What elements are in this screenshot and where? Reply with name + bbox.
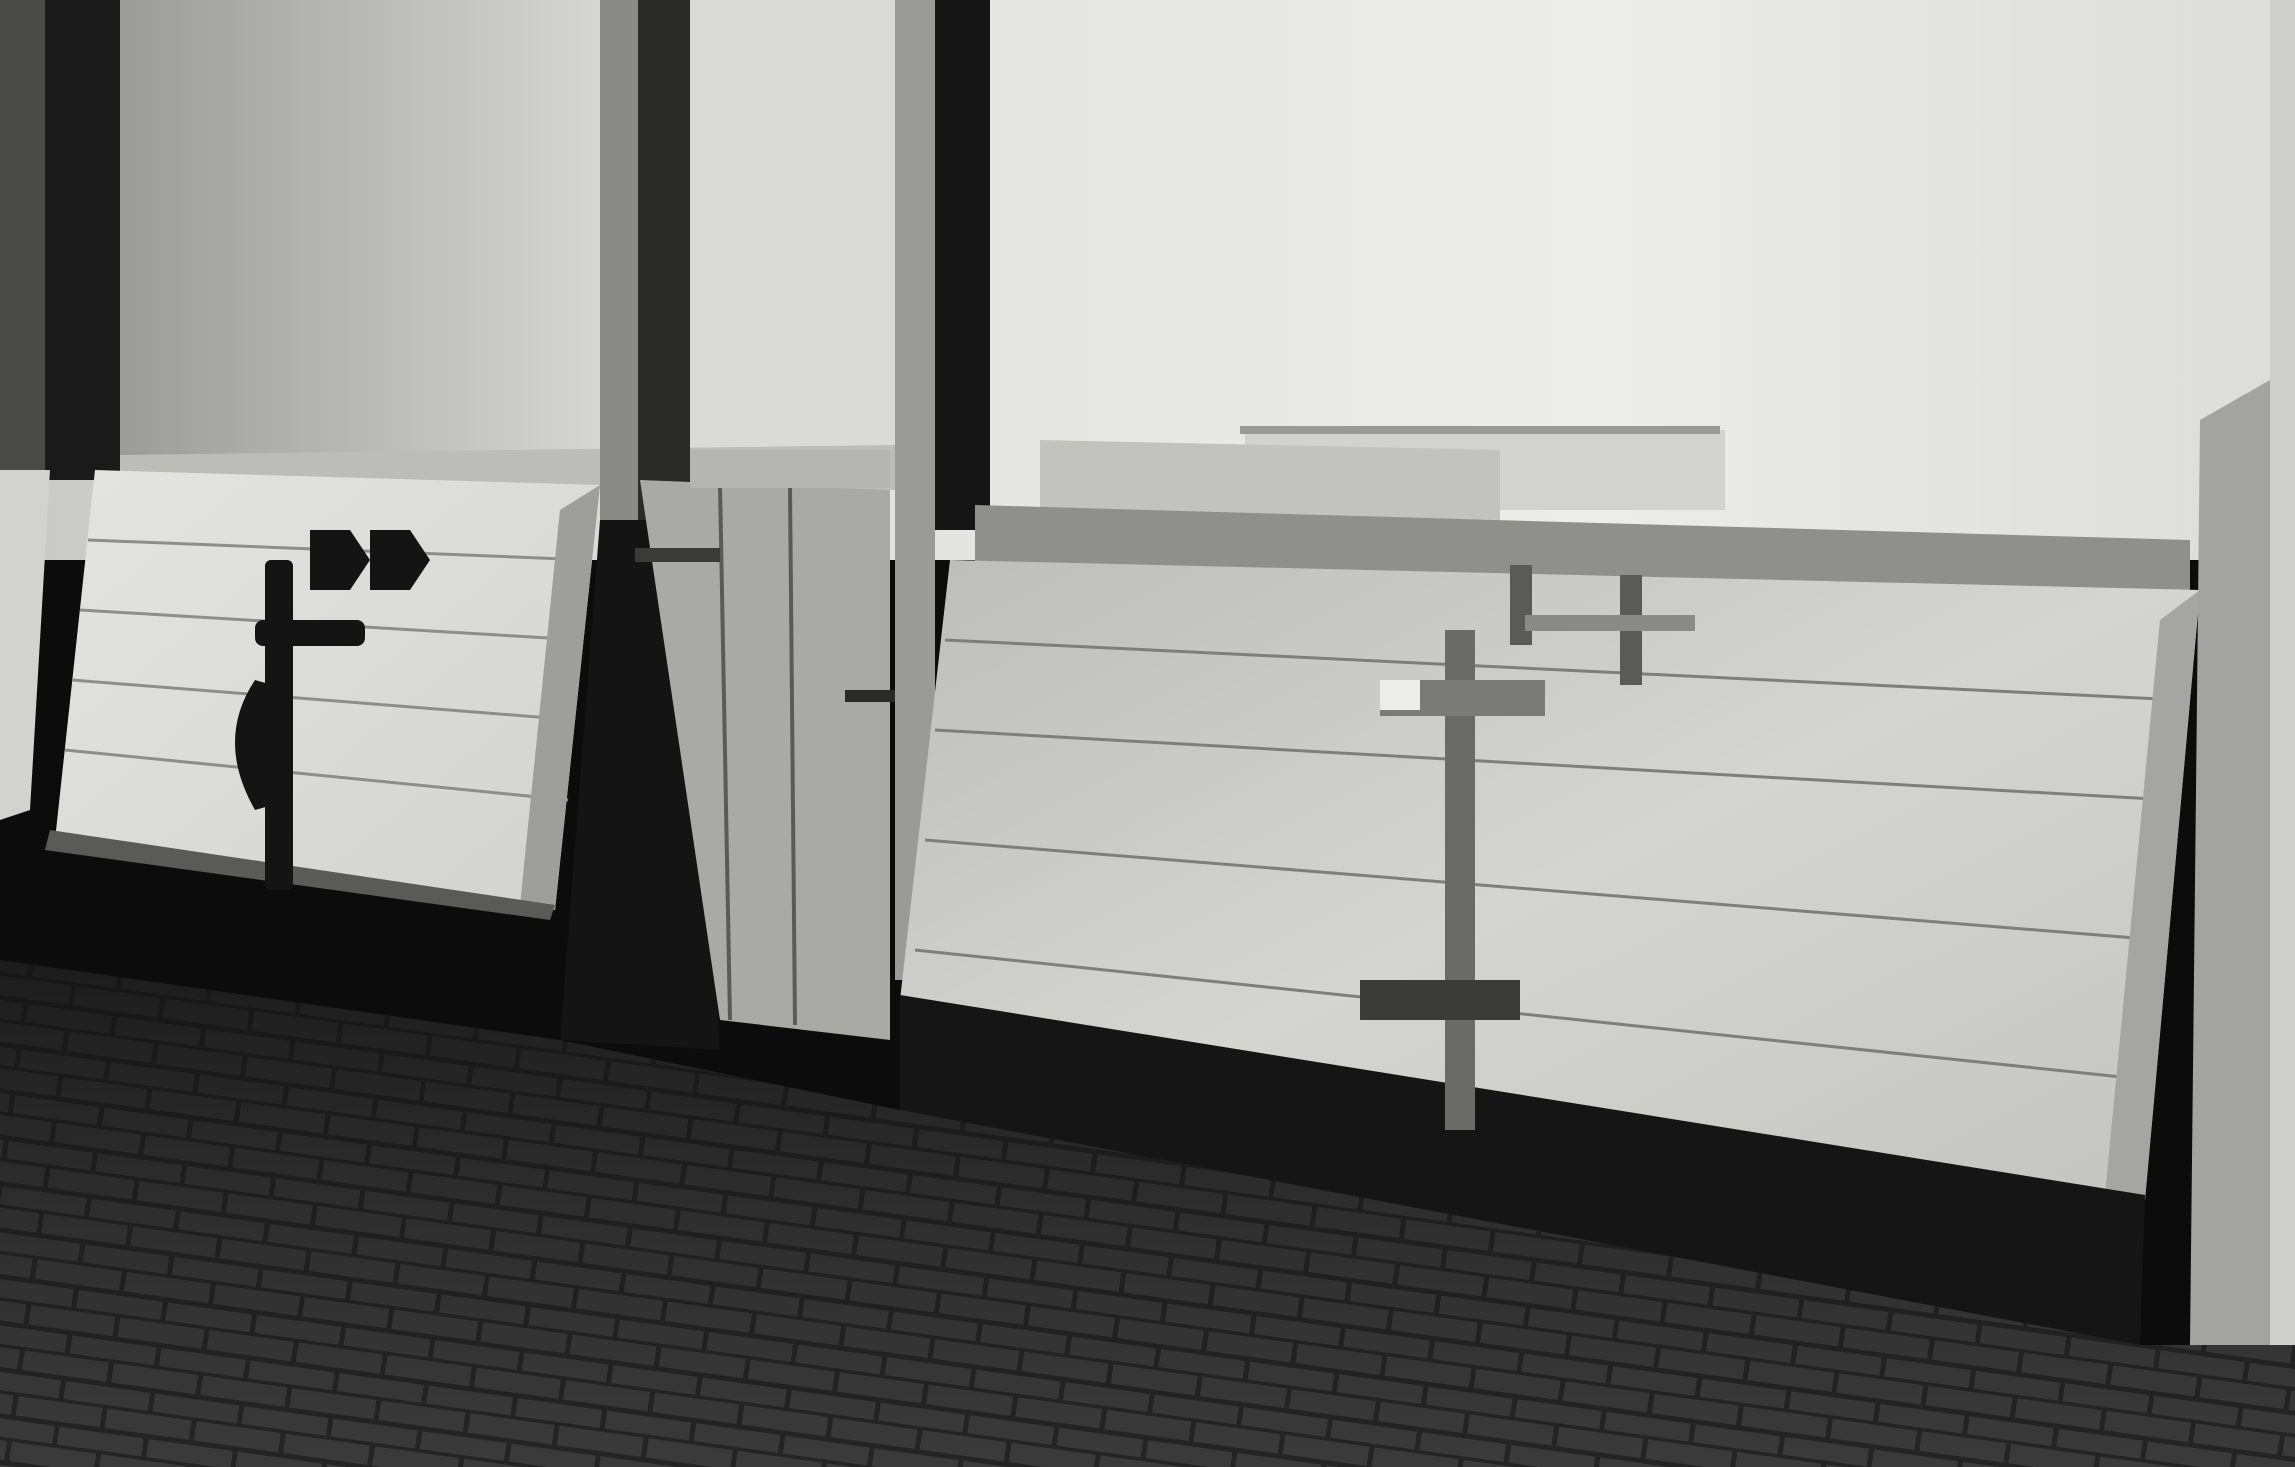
- left-stall: [45, 470, 600, 920]
- right-stall-rail: [1040, 440, 1500, 520]
- door-hinge-icon: [635, 548, 720, 562]
- door-latch-icon: [845, 690, 900, 702]
- stable-interior-photo: [0, 0, 2295, 1467]
